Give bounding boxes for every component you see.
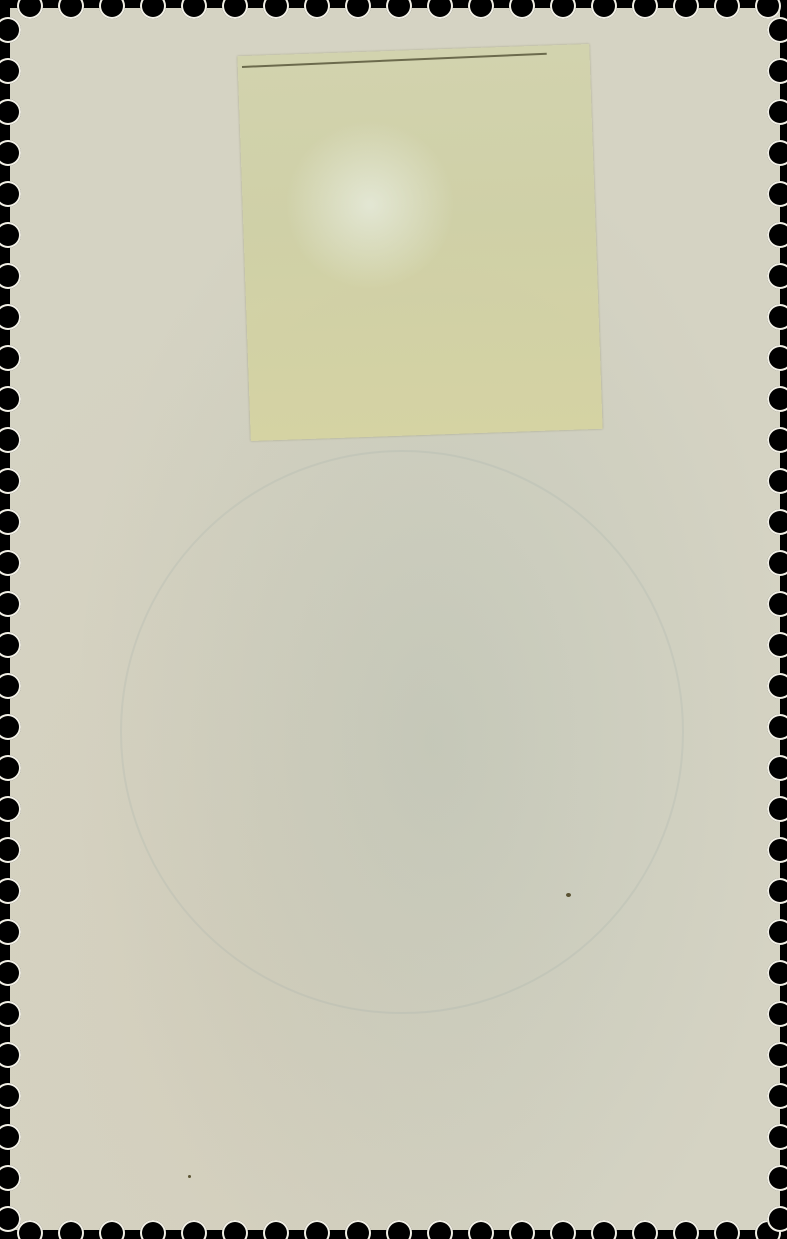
perforation-hole	[767, 550, 787, 576]
perforation-hole	[468, 1220, 494, 1239]
perforation-hole	[263, 1220, 289, 1239]
hinge-glare	[285, 120, 455, 290]
perforation-hole	[767, 960, 787, 986]
paper-speck	[566, 893, 571, 897]
perforation-hole	[767, 140, 787, 166]
perforation-hole	[767, 386, 787, 412]
perforation-hole	[767, 796, 787, 822]
perforation-hole	[58, 1220, 84, 1239]
perforation-hole	[767, 1083, 787, 1109]
perforation-hole	[767, 878, 787, 904]
perforation-hole	[767, 714, 787, 740]
perforation-hole	[767, 1206, 787, 1232]
perforation-hole	[767, 1165, 787, 1191]
perforation-hole	[767, 1124, 787, 1150]
perforation-hole	[632, 1220, 658, 1239]
perforation-hole	[222, 1220, 248, 1239]
perforation-hole	[767, 837, 787, 863]
perforation-hole	[181, 1220, 207, 1239]
perforation-hole	[767, 222, 787, 248]
perforation-hole	[767, 263, 787, 289]
perforation-hole	[591, 1220, 617, 1239]
perforation-hole	[767, 468, 787, 494]
perforation-hole	[767, 632, 787, 658]
perforation-hole	[767, 1042, 787, 1068]
perforation-hole	[767, 181, 787, 207]
perforation-hole	[767, 755, 787, 781]
perforation-hole	[767, 345, 787, 371]
perforation-hole	[767, 1001, 787, 1027]
perforation-hole	[767, 673, 787, 699]
perforation-hole	[427, 1220, 453, 1239]
perforation-hole	[304, 1220, 330, 1239]
perforation-hole	[17, 1220, 43, 1239]
perforation-hole	[140, 1220, 166, 1239]
perforation-hole	[767, 58, 787, 84]
perforation-hole	[767, 304, 787, 330]
perforation-hole	[767, 509, 787, 535]
perforation-hole	[767, 591, 787, 617]
perforation-hole	[550, 1220, 576, 1239]
paper-speck	[188, 1175, 191, 1178]
perforation-hole	[767, 427, 787, 453]
design-show-through	[120, 450, 684, 1014]
perforation-hole	[714, 1220, 740, 1239]
perforation-hole	[767, 919, 787, 945]
perforation-hole	[99, 1220, 125, 1239]
perforation-hole	[767, 99, 787, 125]
perforation-hole	[509, 1220, 535, 1239]
perforation-hole	[386, 1220, 412, 1239]
perforation-hole	[345, 1220, 371, 1239]
perforation-hole	[673, 1220, 699, 1239]
perforation-hole	[767, 17, 787, 43]
